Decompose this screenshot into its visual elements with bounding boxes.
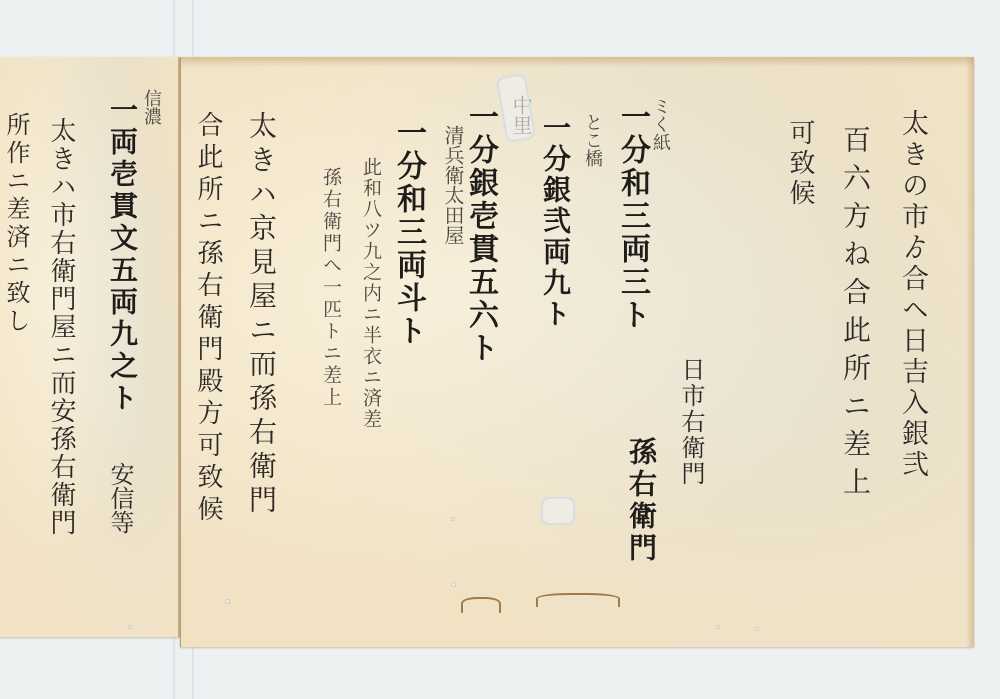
worm-hole — [225, 599, 230, 604]
entry-note: ミく紙 — [651, 97, 669, 151]
entry-remark: 孫右衛門へ一匹トニ差上 — [321, 167, 340, 409]
column-text: 太きハ京見屋ニ而孫右衛門 — [247, 111, 275, 519]
paper-damage — [461, 597, 501, 613]
paper-damage — [536, 593, 620, 607]
column-text: 太きハ市右衛門屋ニ而安孫右衛門 — [48, 117, 74, 537]
repair-patch — [541, 497, 575, 525]
repair-patch — [495, 73, 536, 143]
column-text: 所作ニ差済ニ致し — [4, 112, 28, 336]
signature-name: 孫右衛門 — [627, 437, 655, 565]
entry-item: 一分和三両斗ト — [393, 117, 423, 348]
entry-item: 一分銀弐両九ト — [541, 113, 569, 330]
column-text: 合此所ニ孫右衛門殿方可致候 — [195, 111, 221, 527]
column-text: 百六方ね合此所ニ差上 — [841, 125, 869, 505]
signature-name: 日市右衛門 — [679, 357, 703, 487]
entry-note: とこ橋 — [583, 113, 601, 167]
entry-note: 清兵衛太田屋 — [443, 125, 463, 245]
worm-hole — [755, 627, 759, 631]
entry-item: 一分和三両三ト — [617, 101, 647, 332]
worm-hole — [451, 582, 456, 587]
column-signature: 安信等 — [108, 462, 132, 534]
column-note: 信濃 — [142, 89, 160, 125]
entry-remark: 此和八ツ九之内ニ半衣ニ済差 — [361, 157, 380, 430]
worm-hole — [128, 625, 132, 629]
column-entry: 一両壱貫文五両九之ト — [108, 95, 136, 415]
column-text: 可致候 — [787, 119, 813, 209]
worm-hole — [716, 625, 720, 629]
column-text: 太きの市ゟ合ヘ日吉入銀弐 — [899, 109, 926, 481]
right-page: 太きの市ゟ合ヘ日吉入銀弐 百六方ね合此所ニ差上 可致候 日市右衛門 孫右衛門 ミ… — [180, 57, 974, 647]
worm-hole — [451, 517, 455, 521]
left-page: 信濃 一両壱貫文五両九之ト 安信等 太きハ市右衛門屋ニ而安孫右衛門 所作ニ差済ニ… — [0, 57, 180, 637]
entry-item: 一分銀壱貫五六ト — [465, 101, 495, 365]
